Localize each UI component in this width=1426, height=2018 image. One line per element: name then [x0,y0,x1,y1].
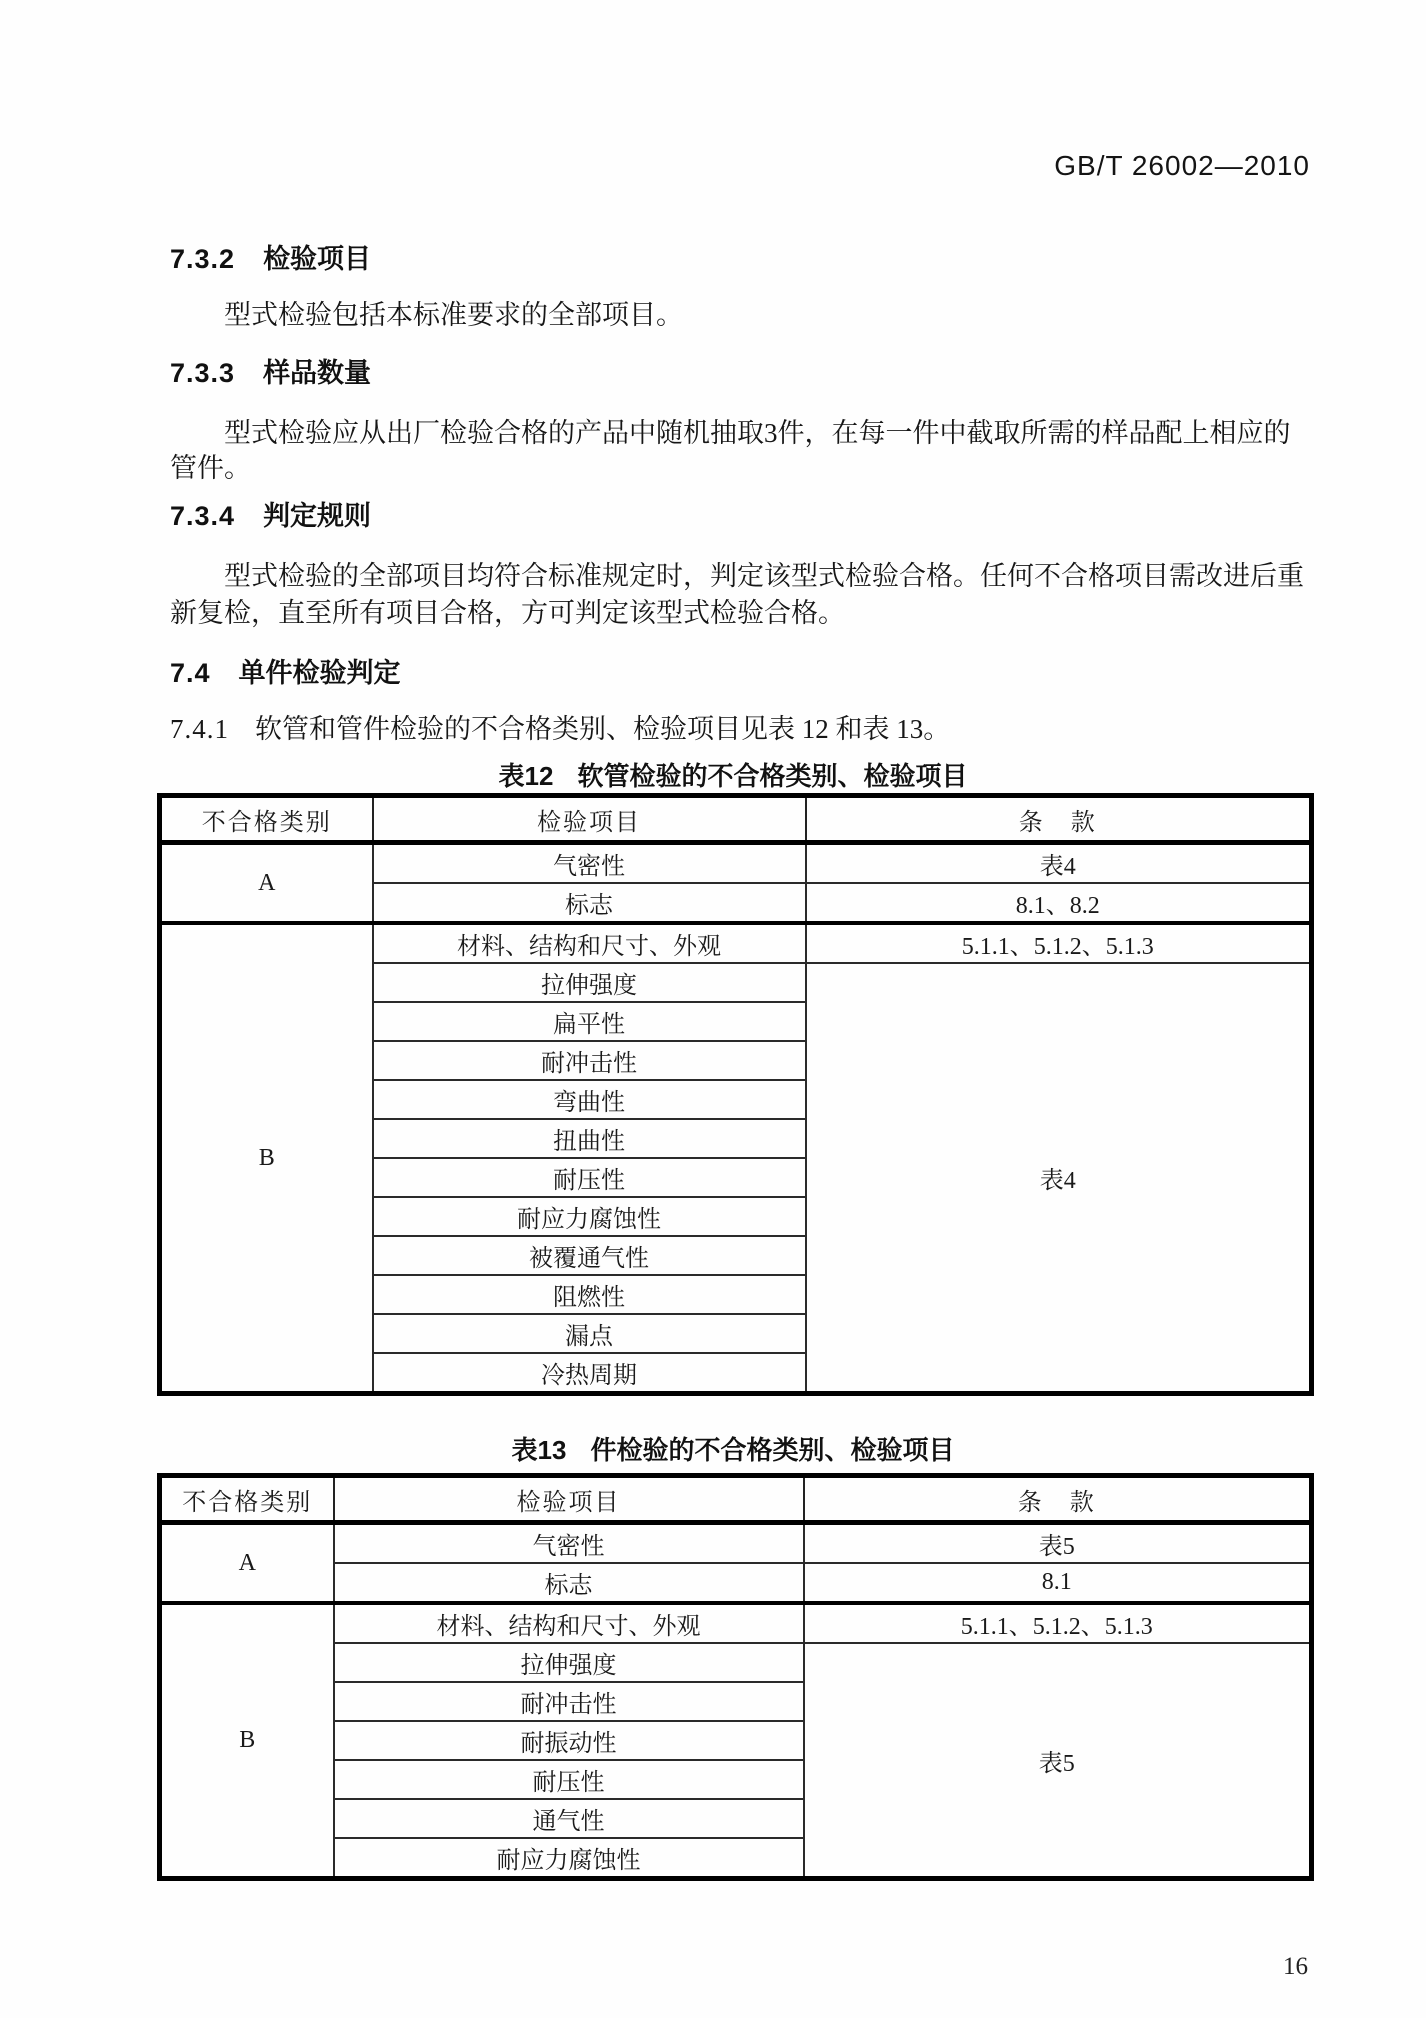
section-title: 检验项目 [263,244,371,274]
clause-cell: 8.1 [804,1563,1312,1603]
item-cell: 标志 [373,883,806,923]
item-cell: 耐应力腐蚀性 [373,1197,806,1236]
section-number: 7.4.1 [170,714,229,744]
paragraph-7-3-3: 型式检验应从出厂检验合格的产品中随机抽取3件，在每一件中截取所需的样品配上相应的… [170,416,1310,486]
paragraph-7-4-1: 7.4.1软管和管件检验的不合格类别、检验项目见表 12 和表 13。 [170,714,1310,744]
column-header-clause: 条 款 [806,796,1312,843]
table12-caption-text: 软管检验的不合格类别、检验项目 [577,761,967,791]
table13: 不合格类别 检验项目 条 款 A 气密性 表5 标志 8.1 B 材料、结构和尺… [157,1473,1314,1881]
item-cell: 扭曲性 [373,1119,806,1158]
clause-cell: 5.1.1、5.1.2、5.1.3 [806,923,1312,963]
paragraph-text: 软管和管件检验的不合格类别、检验项目见表 12 和表 13。 [255,714,950,744]
item-cell: 阻燃性 [373,1275,806,1314]
section-number: 7.3.3 [170,358,235,388]
section-heading-7-4: 7.4单件检验判定 [170,658,1426,688]
section-heading-7-3-3: 7.3.3样品数量 [170,358,1426,388]
table13-caption-label: 表13 [512,1435,567,1465]
item-cell: 气密性 [373,843,806,884]
clause-cell-merged: 表4 [806,963,1312,1394]
paragraph-7-3-2: 型式检验包括本标准要求的全部项目。 [170,298,1310,333]
section-number: 7.3.4 [170,501,235,531]
section-number: 7.3.2 [170,244,235,274]
item-cell: 扁平性 [373,1002,806,1041]
item-cell: 耐应力腐蚀性 [334,1838,804,1879]
table13-caption-text: 件检验的不合格类别、检验项目 [590,1435,954,1465]
table12-header-row: 不合格类别 检验项目 条 款 [160,796,1312,843]
section-heading-7-3-4: 7.3.4判定规则 [170,501,1426,531]
section-title: 判定规则 [263,501,371,531]
table12-caption: 表12软管检验的不合格类别、检验项目 [157,762,1309,790]
section-title: 单件检验判定 [239,658,401,688]
item-cell: 拉伸强度 [373,963,806,1002]
column-header-category: 不合格类别 [160,1476,334,1523]
clause-cell-merged: 表5 [804,1643,1312,1879]
table12-caption-label: 表12 [499,761,554,791]
table-row: A 气密性 表4 [160,843,1312,884]
paragraph-7-3-4: 型式检验的全部项目均符合标准规定时，判定该型式检验合格。任何不合格项目需改进后重… [170,558,1310,632]
document-page: GB/T 26002—2010 7.3.2检验项目 型式检验包括本标准要求的全部… [0,0,1426,2018]
item-cell: 材料、结构和尺寸、外观 [334,1603,804,1643]
item-cell: 耐冲击性 [334,1682,804,1721]
item-cell: 漏点 [373,1314,806,1353]
category-cell: A [160,1523,334,1604]
item-cell: 标志 [334,1563,804,1603]
section-title: 样品数量 [263,358,371,388]
table-row: A 气密性 表5 [160,1523,1312,1564]
section-heading-7-3-2: 7.3.2检验项目 [170,244,1426,274]
item-cell: 冷热周期 [373,1353,806,1394]
column-header-item: 检验项目 [334,1476,804,1523]
category-cell: B [160,1603,334,1879]
page-number: 16 [0,1953,1308,1981]
category-cell: A [160,843,373,924]
column-header-clause: 条 款 [804,1476,1312,1523]
table13-caption: 表13件检验的不合格类别、检验项目 [157,1436,1309,1464]
item-cell: 耐冲击性 [373,1041,806,1080]
table-row: B 材料、结构和尺寸、外观 5.1.1、5.1.2、5.1.3 [160,923,1312,963]
item-cell: 耐压性 [334,1760,804,1799]
item-cell: 被覆通气性 [373,1236,806,1275]
clause-cell: 表5 [804,1523,1312,1564]
section-number: 7.4 [170,658,211,688]
item-cell: 通气性 [334,1799,804,1838]
clause-cell: 5.1.1、5.1.2、5.1.3 [804,1603,1312,1643]
standard-code: GB/T 26002—2010 [0,150,1310,182]
table13-header-row: 不合格类别 检验项目 条 款 [160,1476,1312,1523]
item-cell: 弯曲性 [373,1080,806,1119]
clause-cell: 8.1、8.2 [806,883,1312,923]
item-cell: 耐压性 [373,1158,806,1197]
column-header-item: 检验项目 [373,796,806,843]
item-cell: 材料、结构和尺寸、外观 [373,923,806,963]
category-cell: B [160,923,373,1394]
item-cell: 拉伸强度 [334,1643,804,1682]
item-cell: 气密性 [334,1523,804,1564]
clause-cell: 表4 [806,843,1312,884]
item-cell: 耐振动性 [334,1721,804,1760]
table-row: B 材料、结构和尺寸、外观 5.1.1、5.1.2、5.1.3 [160,1603,1312,1643]
table12: 不合格类别 检验项目 条 款 A 气密性 表4 标志 8.1、8.2 B 材料、… [157,793,1314,1396]
column-header-category: 不合格类别 [160,796,373,843]
